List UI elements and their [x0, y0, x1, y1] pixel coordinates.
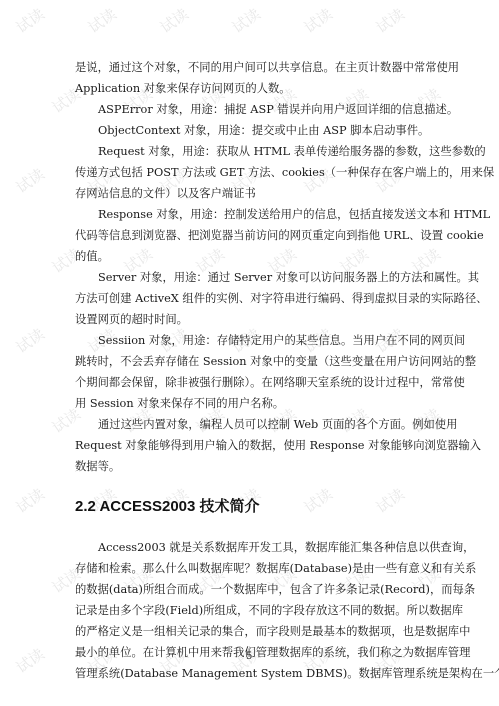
- text-line: ObjectContext 对象，用途：提交或中止由 ASP 脚本启动事件。: [75, 120, 423, 141]
- text-line: 的严格定义是一组相关记录的集合，而字段则是最基本的数据项，也是数据库中: [75, 621, 423, 642]
- paragraph: Sessiion 对象，用途：存储特定用户的某些信息。当用户在不同的网页间跳转时…: [75, 330, 423, 414]
- watermark-text: 试读: [156, 3, 193, 37]
- paragraph: 通过这些内置对象，编程人员可以控制 Web 页面的各个方面。例如使用Reques…: [75, 414, 423, 477]
- text-line: Response 对象，用途：控制发送给用户的信息，包括直接发送文本和 HTML: [75, 204, 423, 225]
- text-line: 通过这些内置对象，编程人员可以控制 Web 页面的各个方面。例如使用: [75, 414, 423, 435]
- paragraph: ASPError 对象，用途：捕捉 ASP 错误并向用户返回详细的信息描述。: [75, 99, 423, 120]
- section-heading: 2.2 ACCESS2003 技术简介: [75, 497, 423, 517]
- watermark-text: 试读: [372, 3, 409, 37]
- text-line: 设置网页的超时时间。: [75, 309, 423, 330]
- watermark-text: 试读: [12, 3, 49, 37]
- document-page: 是说，通过这个对象，不同的用户间可以共享信息。在主页计数器中常常使用Applic…: [75, 57, 423, 684]
- text-line: 数据等。: [75, 456, 423, 477]
- text-line: Request 对象能够得到用户输入的数据，使用 Response 对象能够向浏…: [75, 435, 423, 456]
- text-line: 的值。: [75, 246, 423, 267]
- text-line: Server 对象，用途：通过 Server 对象可以访问服务器上的方法和属性。…: [75, 267, 423, 288]
- text-line: 记录是由多个字段(Field)所组成，不同的字段存放这不同的数据。所以数据库: [75, 600, 423, 621]
- text-line: 是说，通过这个对象，不同的用户间可以共享信息。在主页计数器中常常使用: [75, 57, 423, 78]
- text-line: 存储和检索。那么什么叫数据库呢？数据库(Database)是由一些有意义和有关系: [75, 558, 423, 579]
- watermark-text: 试读: [12, 323, 49, 357]
- page-number: 5: [246, 651, 252, 662]
- watermark-text: 试读: [228, 3, 265, 37]
- text-line: 管理系统(Database Management System DBMS)。数据…: [75, 663, 423, 684]
- text-line: 跳转时，不会丢弃存储在 Session 对象中的变量（这些变量在用户访问网站的整: [75, 351, 423, 372]
- text-line: 的数据(data)所组合而成。一个数据库中，包含了许多条记录(Record)，而…: [75, 579, 423, 600]
- body-before-heading: 是说，通过这个对象，不同的用户间可以共享信息。在主页计数器中常常使用Applic…: [75, 57, 423, 477]
- text-line: 用 Session 对象来保存不同的用户名称。: [75, 393, 423, 414]
- text-line: Application 对象来保存访问网页的人数。: [75, 78, 423, 99]
- watermark-text: 试读: [84, 3, 121, 37]
- watermark-text: 试读: [300, 3, 337, 37]
- watermark-text: 试读: [12, 163, 49, 197]
- paragraph: 是说，通过这个对象，不同的用户间可以共享信息。在主页计数器中常常使用Applic…: [75, 57, 423, 99]
- paragraph: Request 对象，用途：获取从 HTML 表单传递给服务器的参数，这些参数的…: [75, 141, 423, 204]
- text-line: ASPError 对象，用途：捕捉 ASP 错误并向用户返回详细的信息描述。: [75, 99, 423, 120]
- text-line: Request 对象，用途：获取从 HTML 表单传递给服务器的参数，这些参数的: [75, 141, 423, 162]
- watermark-text: 试读: [12, 483, 49, 517]
- text-line: 方法可创建 ActiveX 组件的实例、对字符串进行编码、得到虚拟目录的实际路径…: [75, 288, 423, 309]
- text-line: Access2003 就是关系数据库开发工具，数据库能汇集各种信息以供查询，: [75, 537, 423, 558]
- text-line: 传递方式包括 POST 方法或 GET 方法、cookies（一种保存在客户端上…: [75, 162, 423, 183]
- paragraph: ObjectContext 对象，用途：提交或中止由 ASP 脚本启动事件。: [75, 120, 423, 141]
- paragraph: Server 对象，用途：通过 Server 对象可以访问服务器上的方法和属性。…: [75, 267, 423, 330]
- text-line: 代码等信息到浏览器、把浏览器当前访问的网页重定向到指他 URL、设置 cooki…: [75, 225, 423, 246]
- watermark-text: 试读: [12, 643, 49, 677]
- text-line: Sessiion 对象，用途：存储特定用户的某些信息。当用户在不同的网页间: [75, 330, 423, 351]
- paragraph: Response 对象，用途：控制发送给用户的信息，包括直接发送文本和 HTML…: [75, 204, 423, 267]
- text-line: 个期间都会保留，除非被强行删除）。在网络聊天室系统的设计过程中，常常使: [75, 372, 423, 393]
- text-line: 存网站信息的文件）以及客户端证书: [75, 183, 423, 204]
